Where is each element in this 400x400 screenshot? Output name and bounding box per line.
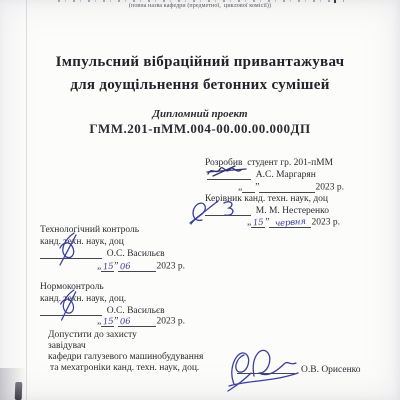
tech-control-name: О.С. Васильєв [107, 249, 165, 259]
date-day: 15 [102, 318, 113, 328]
date-day-slot: 15 [251, 217, 265, 228]
date-year: 2023 р. [315, 183, 344, 193]
date-day-slot [242, 182, 255, 193]
supervisor-name: М. М. Нестеренко [256, 206, 329, 216]
signature-nesterenko [188, 197, 242, 225]
signature-vasyliev-2 [56, 289, 86, 321]
date-day-slot: 15 [101, 316, 114, 327]
admission-signature-line-row [237, 364, 295, 374]
project-title-line2: для доущільнення бетонних сумішей [0, 77, 400, 94]
document-type: Дипломний проект [0, 108, 400, 120]
norm-control-date-row: „15”062023 р. [97, 316, 185, 327]
admission-line2: завідувач [48, 341, 86, 351]
date-month: 06 [120, 263, 131, 273]
date-month: 06 [120, 318, 131, 328]
signature-vasyliev-1 [56, 232, 86, 266]
signature-line [237, 364, 295, 374]
developer-name: А.С. Маргарян [256, 170, 316, 180]
tech-control-date-row: „15”062023 р. [97, 261, 185, 272]
signature-margaryan [206, 163, 252, 179]
date-year: 2023 р. [311, 218, 340, 228]
admission-name: О.В. Орисенко [301, 365, 361, 375]
department-caption: (повна назва кафедри (предметної, циклов… [0, 3, 400, 10]
date-month-slot: червня [269, 217, 311, 228]
document-number: ГММ.201-пММ.004-00.00.00.000ДП [0, 122, 400, 136]
admission-line3: кафедри галузевого машинобудування [48, 352, 203, 362]
date-month-slot: 06 [118, 316, 156, 327]
date-month: червня [275, 218, 306, 229]
document-page: (повна назва кафедри (предметної, циклов… [0, 0, 400, 400]
date-year: 2023 р. [156, 317, 185, 327]
admission-line4: та мехатроніки канд. техн. наук, доц. [50, 363, 199, 373]
scan-corner-mark [15, 382, 23, 400]
tech-control-title: Технологічний контроль [40, 225, 139, 235]
date-month-slot: 06 [118, 261, 156, 272]
developer-date-row: „”2023 р. [238, 182, 344, 193]
cropped-line-fragments [58, 0, 344, 2]
norm-control-name: О.С. Васильєв [107, 306, 165, 316]
date-day: 15 [253, 219, 264, 229]
supervisor-date-row: „15”червня2023 р. [247, 217, 340, 228]
date-month-slot [259, 182, 315, 193]
date-day-slot: 15 [101, 261, 114, 272]
project-title-line1: Імпульсний вібраційний привантажувач [0, 54, 400, 71]
date-year: 2023 р. [156, 262, 185, 272]
admission-line1: Допустити до захисту [48, 330, 137, 340]
date-day: 15 [102, 263, 113, 273]
